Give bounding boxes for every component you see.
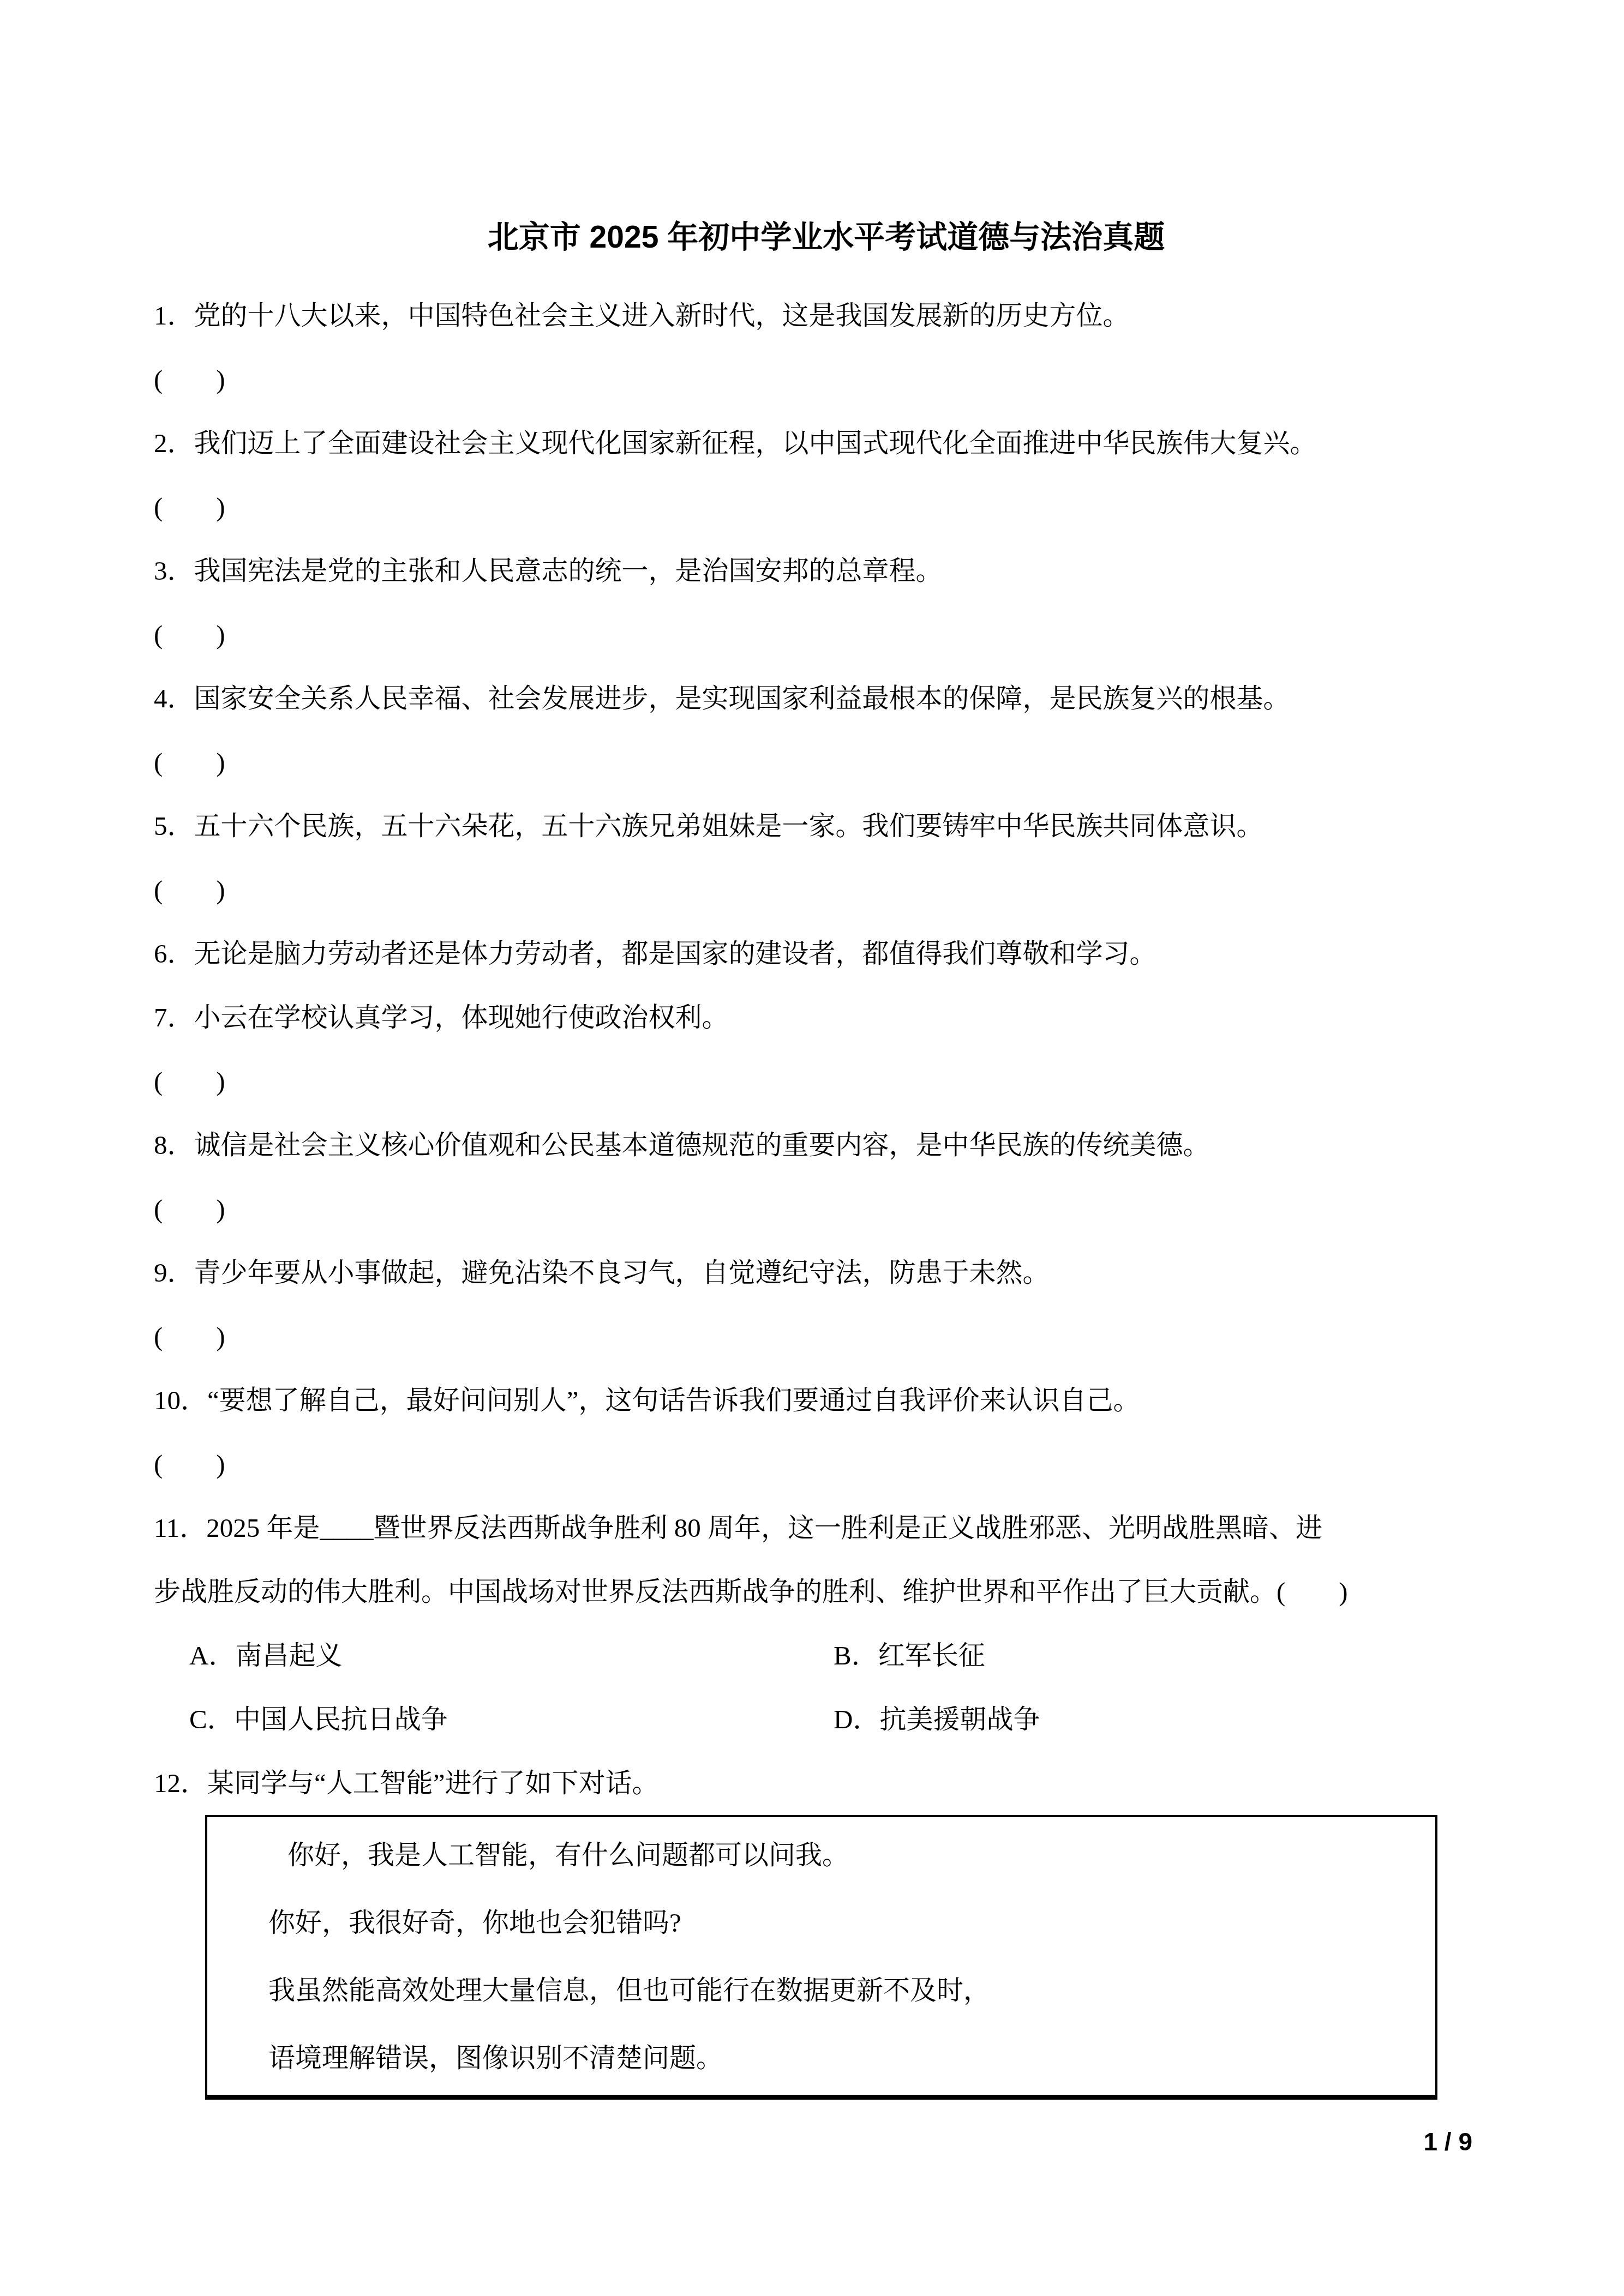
question-5: 5．五十六个民族，五十六朵花，五十六族兄弟姐妹是一家。我们要铸牢中华民族共同体意…	[154, 794, 1499, 858]
question-4-number: 4．	[154, 683, 194, 713]
question-11-number: 11．	[154, 1513, 206, 1543]
question-6-text: 无论是脑力劳动者还是体力劳动者，都是国家的建设者，都值得我们尊敬和学习。	[194, 939, 1156, 969]
question-12-text: 某同学与“人工智能”进行了如下对话。	[207, 1768, 659, 1798]
dialog-line-2: 你好，我很好奇，你地也会犯错吗?	[207, 1889, 1435, 1957]
question-4: 4．国家安全关系人民幸福、社会发展进步，是实现国家利益最根本的保障，是民族复兴的…	[154, 666, 1499, 730]
question-11-line-2: 步战胜反动的伟大胜利。中国战场对世界反法西斯战争的胜利、维护世界和平作出了巨大贡…	[154, 1560, 1499, 1624]
option-b: B．红军长征	[834, 1624, 985, 1687]
question-4-text: 国家安全关系人民幸福、社会发展进步，是实现国家利益最根本的保障，是民族复兴的根基…	[194, 683, 1290, 713]
exam-paper-page: 北京市 2025 年初中学业水平考试道德与法治真题 1．党的十八大以来，中国特色…	[0, 0, 1624, 2296]
question-6: 6．无论是脑力劳动者还是体力劳动者，都是国家的建设者，都值得我们尊敬和学习。	[154, 922, 1499, 985]
option-d: D．抗美援朝战争	[834, 1687, 1040, 1751]
question-5-number: 5．	[154, 811, 194, 841]
question-3-text: 我国宪法是党的主张和人民意志的统一，是治国安邦的总章程。	[194, 556, 943, 586]
question-11-text-line-1: 2025 年是____暨世界反法西斯战争胜利 80 周年，这一胜利是正义战胜邪恶…	[206, 1513, 1322, 1543]
question-8-number: 8．	[154, 1130, 194, 1160]
answer-bracket-10: ( )	[154, 1432, 1499, 1496]
dialog-line-3: 我虽然能高效处理大量信息，但也可能行在数据更新不及时，	[207, 1957, 1435, 2024]
question-3: 3．我国宪法是党的主张和人民意志的统一，是治国安邦的总章程。	[154, 539, 1499, 603]
question-2-number: 2．	[154, 428, 194, 458]
question-12-number: 12．	[154, 1768, 207, 1798]
option-a: A．南昌起义	[154, 1624, 834, 1687]
question-7: 7．小云在学校认真学习，体现她行使政治权利。	[154, 985, 1499, 1049]
question-1: 1．党的十八大以来，中国特色社会主义进入新时代，这是我国发展新的历史方位。	[154, 284, 1499, 347]
ai-dialog-box: 你好，我是人工智能，有什么问题都可以问我。 你好，我很好奇，你地也会犯错吗? 我…	[205, 1815, 1437, 2100]
question-6-number: 6．	[154, 939, 194, 969]
question-7-text: 小云在学校认真学习，体现她行使政治权利。	[194, 1002, 729, 1032]
option-d-label: 抗美援朝战争	[879, 1704, 1040, 1734]
page-number: 1 / 9	[1423, 2127, 1472, 2156]
question-11-text-line-2: 步战胜反动的伟大胜利。中国战场对世界反法西斯战争的胜利、维护世界和平作出了巨大贡…	[154, 1577, 1348, 1607]
question-2-text: 我们迈上了全面建设社会主义现代化国家新征程，以中国式现代化全面推进中华民族伟大复…	[194, 428, 1317, 458]
answer-bracket-8: ( )	[154, 1177, 1499, 1241]
answer-bracket-5: ( )	[154, 858, 1499, 922]
option-c-label: 中国人民抗日战争	[234, 1704, 448, 1734]
option-c: C．中国人民抗日战争	[154, 1687, 834, 1751]
dialog-line-4: 语境理解错误，图像识别不清楚问题。	[207, 2024, 1435, 2092]
options-row-ab: A．南昌起义 B．红军长征	[154, 1624, 1499, 1687]
answer-bracket-1: ( )	[154, 347, 1499, 411]
option-b-key: B．	[834, 1640, 878, 1670]
page-title: 北京市 2025 年初中学业水平考试道德与法治真题	[154, 202, 1499, 273]
option-a-label: 南昌起义	[235, 1640, 342, 1670]
question-9: 9．青少年要从小事做起，避免沾染不良习气，自觉遵纪守法，防患于未然。	[154, 1241, 1499, 1305]
question-1-text: 党的十八大以来，中国特色社会主义进入新时代，这是我国发展新的历史方位。	[194, 300, 1130, 330]
dialog-line-1: 你好，我是人工智能，有什么问题都可以问我。	[207, 1822, 1435, 1889]
option-a-key: A．	[189, 1640, 235, 1670]
question-2: 2．我们迈上了全面建设社会主义现代化国家新征程，以中国式现代化全面推进中华民族伟…	[154, 411, 1499, 475]
page-content: 北京市 2025 年初中学业水平考试道德与法治真题 1．党的十八大以来，中国特色…	[0, 0, 1624, 2100]
question-3-number: 3．	[154, 556, 194, 586]
answer-bracket-2: ( )	[154, 475, 1499, 539]
question-9-number: 9．	[154, 1258, 194, 1288]
question-9-text: 青少年要从小事做起，避免沾染不良习气，自觉遵纪守法，防患于未然。	[194, 1258, 1050, 1288]
answer-bracket-7: ( )	[154, 1049, 1499, 1113]
question-10-number: 10．	[154, 1385, 207, 1415]
option-c-key: C．	[189, 1704, 234, 1734]
question-1-number: 1．	[154, 300, 194, 330]
question-10: 10．“要想了解自己，最好问问别人”，这句话告诉我们要通过自我评价来认识自己。	[154, 1368, 1499, 1432]
answer-bracket-4: ( )	[154, 730, 1499, 794]
answer-bracket-3: ( )	[154, 603, 1499, 666]
option-d-key: D．	[834, 1704, 879, 1734]
question-7-number: 7．	[154, 1002, 194, 1032]
question-12: 12．某同学与“人工智能”进行了如下对话。	[154, 1751, 1499, 1815]
question-10-text: “要想了解自己，最好问问别人”，这句话告诉我们要通过自我评价来认识自己。	[207, 1385, 1140, 1415]
question-5-text: 五十六个民族，五十六朵花，五十六族兄弟姐妹是一家。我们要铸牢中华民族共同体意识。	[194, 811, 1263, 841]
question-11-line-1: 11．2025 年是____暨世界反法西斯战争胜利 80 周年，这一胜利是正义战…	[154, 1496, 1499, 1560]
question-8: 8．诚信是社会主义核心价值观和公民基本道德规范的重要内容，是中华民族的传统美德。	[154, 1113, 1499, 1177]
option-b-label: 红军长征	[878, 1640, 985, 1670]
answer-bracket-9: ( )	[154, 1305, 1499, 1368]
question-8-text: 诚信是社会主义核心价值观和公民基本道德规范的重要内容，是中华民族的传统美德。	[194, 1130, 1210, 1160]
options-row-cd: C．中国人民抗日战争 D．抗美援朝战争	[154, 1687, 1499, 1751]
